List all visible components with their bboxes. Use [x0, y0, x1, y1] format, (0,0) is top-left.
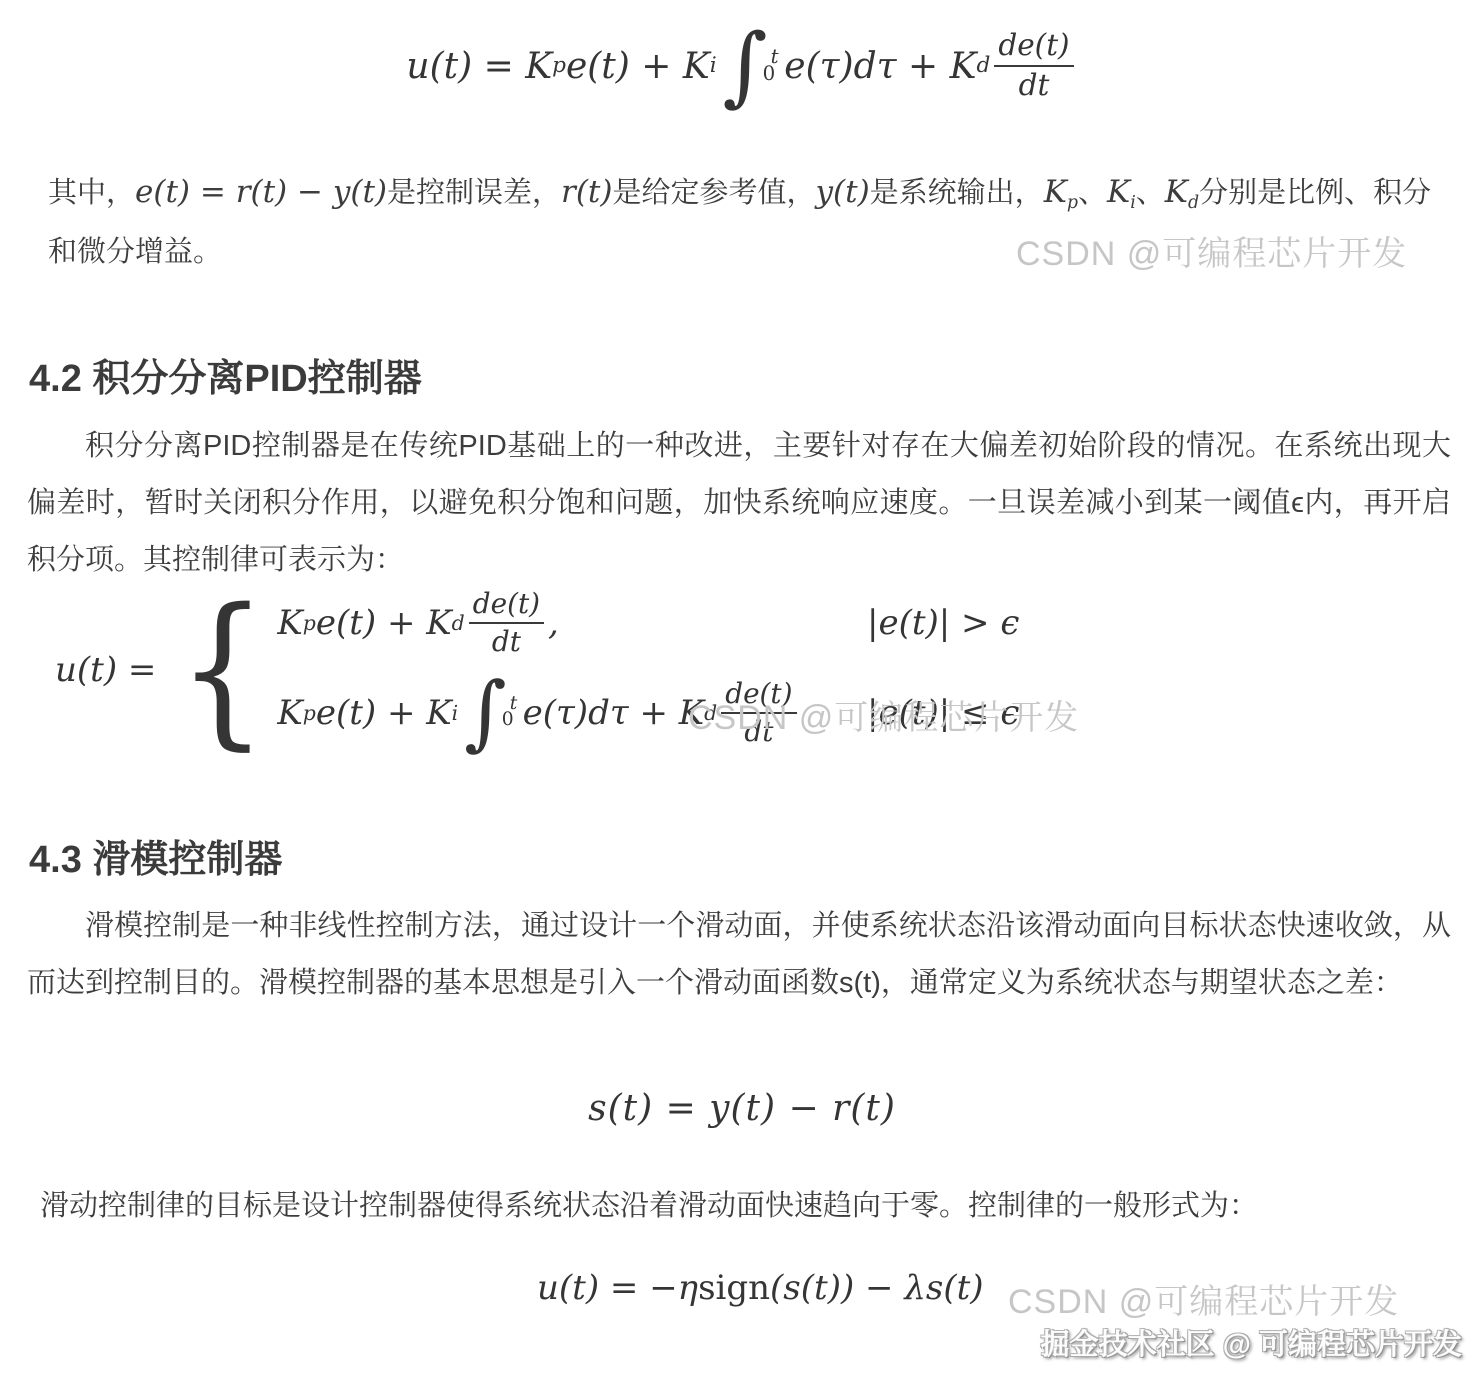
text-run: 是系统输出，	[870, 177, 1044, 209]
fraction-numerator: de(t)	[994, 29, 1073, 67]
subscript-d: d	[1188, 193, 1199, 213]
math-segment: u(t) = −η	[537, 1268, 698, 1308]
text-run: 是给定参考值，	[612, 177, 815, 209]
pid-formula: u(t) = Kpe(t) + Ki∫t0e(τ)dτ + Kdde(t)dt	[0, 25, 1484, 107]
math-segment: ,	[548, 603, 559, 643]
integral-limits: t0	[507, 691, 519, 734]
math-segment: e(t) + K	[316, 693, 452, 733]
section-4-2-paragraph: 积分分离PID控制器是在传统PID基础上的一种改进，主要针对存在大偏差初始阶段的…	[27, 418, 1451, 589]
math-segment: e(τ)dτ + K	[523, 693, 705, 733]
csdn-watermark: CSDN @可编程芯片开发	[1016, 226, 1407, 275]
integral-limits: t0	[768, 43, 781, 89]
control-law-formula: u(t) = −ηsign(s(t)) − λs(t)	[537, 1268, 984, 1308]
inline-math: r(t)	[561, 174, 612, 210]
integral-sign-icon: ∫	[464, 674, 507, 752]
math-segment: e(t) + K	[316, 603, 452, 643]
fraction: de(t)dt	[469, 588, 544, 658]
section-4-3-heading: 4.3 滑模控制器	[29, 828, 282, 883]
inline-math: y(t)	[816, 174, 870, 210]
text-run: 是控制误差，	[387, 177, 561, 209]
sliding-surface-formula: s(t) = y(t) − r(t)	[0, 1088, 1484, 1129]
inline-math: K	[1107, 174, 1130, 210]
section-4-3-paragraph: 滑模控制是一种非线性控制方法，通过设计一个滑动面，并使系统状态沿该滑动面向目标状…	[27, 898, 1451, 1012]
juejin-watermark: 掘金技术社区 @ 可编程芯片开发	[1041, 1322, 1462, 1363]
integral-lower-limit: 0	[763, 62, 776, 85]
text-run: 其中，	[48, 177, 135, 209]
integral-sign-icon: ∫	[723, 25, 768, 107]
fraction: de(t)dt	[994, 29, 1073, 103]
fraction-denominator: dt	[994, 67, 1073, 103]
integral: ∫t0	[723, 25, 781, 107]
math-segment: K	[277, 603, 302, 643]
math-segment: e(t) + K	[566, 46, 710, 87]
math-segment: u(t) = K	[406, 46, 552, 87]
csdn-watermark: CSDN @可编程芯片开发	[1008, 1274, 1399, 1323]
inline-math: K	[1044, 174, 1067, 210]
text-run: 、	[1136, 177, 1165, 209]
article-page: u(t) = Kpe(t) + Ki∫t0e(τ)dτ + Kdde(t)dt …	[0, 0, 1484, 1382]
section-4-2-heading: 4.2 积分分离PID控制器	[29, 347, 422, 402]
formula-lhs: u(t) =	[55, 650, 156, 690]
math-segment: (s(t)) − λs(t)	[770, 1268, 983, 1308]
case-row: Kpe(t) + Kdde(t)dt, |e(t)| > ϵ	[277, 588, 1019, 658]
integral-lower-limit: 0	[502, 709, 514, 730]
fraction-numerator: de(t)	[469, 588, 544, 624]
subscript-p: p	[1067, 193, 1078, 213]
csdn-watermark: CSDN @可编程芯片开发	[688, 690, 1079, 739]
sign-operator: sign	[698, 1268, 770, 1308]
inline-math: K	[1165, 174, 1188, 210]
fraction-denominator: dt	[469, 624, 544, 658]
math-segment: K	[277, 693, 302, 733]
control-law-paragraph: 滑动控制律的目标是设计控制器使得系统状态沿着滑动面快速趋向于零。控制律的一般形式…	[40, 1178, 1440, 1235]
math-segment: e(τ)dτ + K	[784, 46, 976, 87]
case-condition: |e(t)| > ϵ	[867, 603, 1019, 643]
left-brace: {	[178, 594, 267, 746]
text-run: 、	[1078, 177, 1107, 209]
integral: ∫t0	[464, 674, 518, 752]
inline-math: e(t) = r(t) − y(t)	[135, 174, 387, 210]
